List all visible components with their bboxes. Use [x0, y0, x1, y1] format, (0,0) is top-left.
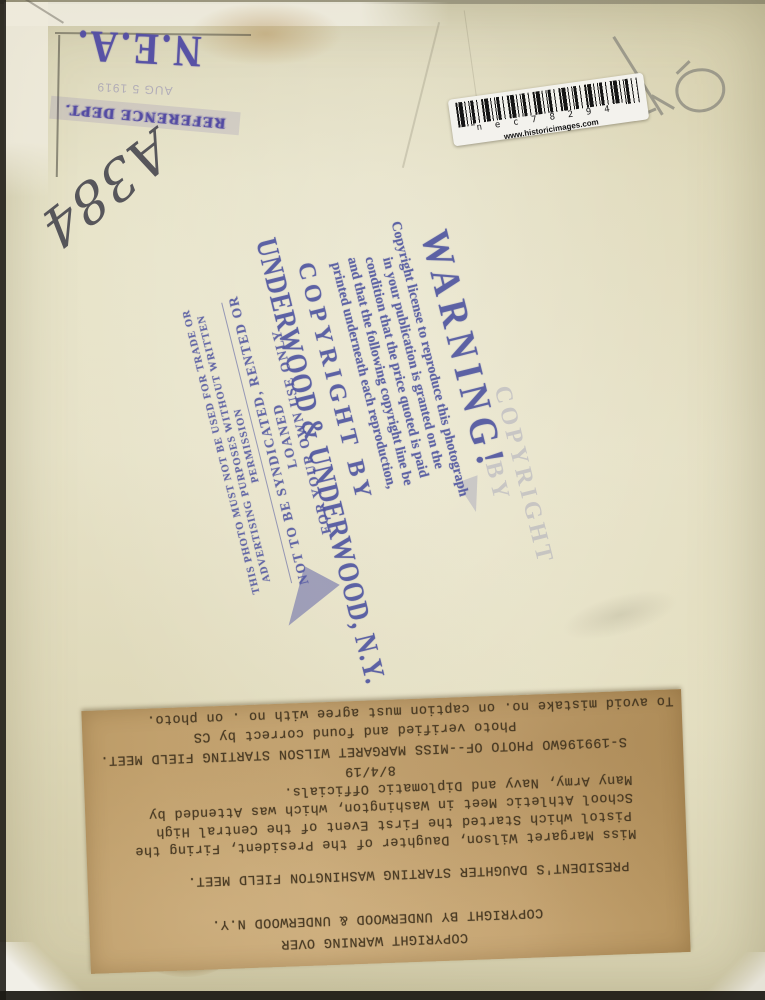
handwritten-catalog-number: A384 [29, 116, 181, 262]
caption-line: PRESIDENT'S DAUGHTER STARTING WASHINGTON… [187, 857, 629, 888]
caption-line: COPYRIGHT BY UNDERWOOD & UNDERWOOD N.Y. [211, 904, 543, 931]
pencil-loop [673, 66, 727, 115]
paper-smudge [557, 580, 683, 650]
caption-date: 8/4/19 [344, 762, 396, 779]
nea-agency-stamp: N.E.A. [57, 18, 219, 78]
scan-bottom-edge [0, 991, 765, 1000]
paper-streak [402, 22, 440, 168]
scan-left-edge [0, 0, 6, 1000]
caption-line: COPYRIGHT WARNING OVER [281, 929, 468, 951]
photo-back-scan: N.E.A. AUG 5 1919 REFERENCE DEPT. A384 n… [0, 0, 765, 1000]
date-stamp: AUG 5 1919 [72, 79, 198, 100]
paper-margin-left [4, 2, 48, 197]
barcode-sticker: nec78294 www.historicimages.com [448, 73, 650, 147]
typed-caption-label: COPYRIGHT WARNING OVER COPYRIGHT BY UNDE… [81, 689, 690, 974]
paper-streak [464, 10, 478, 99]
